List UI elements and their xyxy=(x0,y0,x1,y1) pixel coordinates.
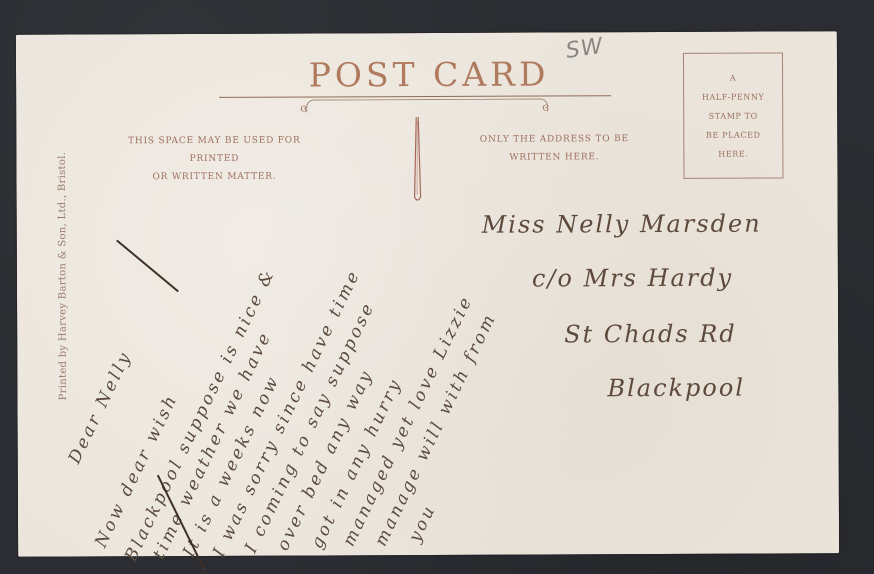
address-line-street: St Chads Rd xyxy=(564,320,737,349)
right-caption-line2: WRITTEN HERE. xyxy=(464,148,644,167)
right-caption: ONLY THE ADDRESS TO BE WRITTEN HERE. xyxy=(464,130,644,167)
ink-stroke xyxy=(116,240,179,293)
title-rule xyxy=(219,95,611,98)
title-flourish xyxy=(306,98,548,112)
message-line: Dear Nelly xyxy=(65,348,136,467)
address-line-care-of: c/o Mrs Hardy xyxy=(532,264,733,293)
address-block: Miss Nelly Marsden c/o Mrs Hardy St Chad… xyxy=(472,191,842,193)
stamp-line-3: STAMP TO xyxy=(709,106,758,125)
flourish-curl-left-icon: ɞ xyxy=(300,102,307,115)
handwritten-message: Dear Nelly Now dear wish Blackpool suppo… xyxy=(56,133,438,555)
stamp-line-5: HERE. xyxy=(718,144,748,163)
address-line-town: Blackpool xyxy=(607,374,745,403)
message-line: you xyxy=(405,501,440,546)
postcard-title: POST CARD xyxy=(274,54,584,94)
stamp-line-2: HALF-PENNY xyxy=(702,87,765,106)
address-line-name: Miss Nelly Marsden xyxy=(482,210,762,239)
right-caption-line1: ONLY THE ADDRESS TO BE xyxy=(464,130,644,149)
postcard: SW POST CARD ɞ ɞ THIS SPACE MAY BE USED … xyxy=(16,31,839,557)
stamp-line-4: BE PLACED xyxy=(706,125,761,144)
stamp-box: A HALF-PENNY STAMP TO BE PLACED HERE. xyxy=(683,52,784,178)
stamp-line-1: A xyxy=(730,68,736,87)
flourish-curl-right-icon: ɞ xyxy=(542,100,549,113)
